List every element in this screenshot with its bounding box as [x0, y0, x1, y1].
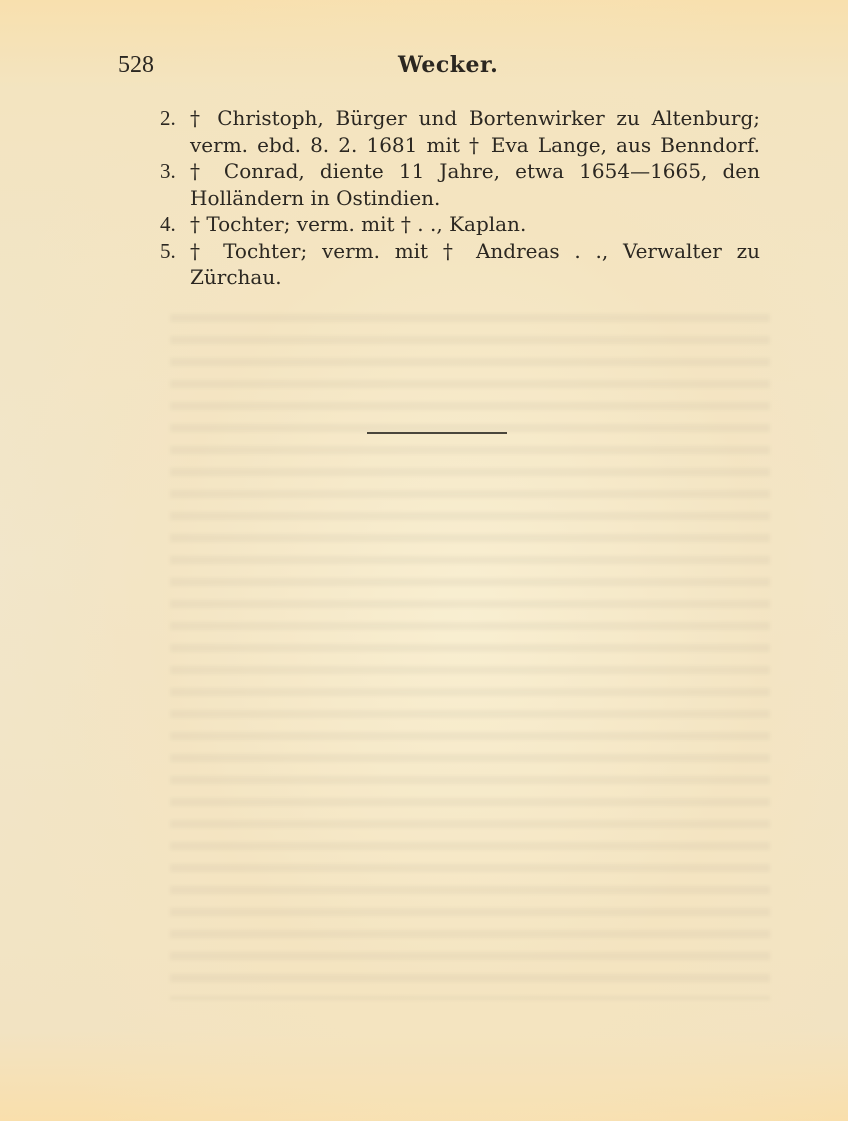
- list-item: 2. † Christoph, Bürger und Bortenwirker …: [160, 105, 760, 158]
- entry-line: Zürchau.: [190, 264, 760, 291]
- entry-line: † Conrad, diente 11 Jahre, etwa 1654—166…: [190, 158, 760, 185]
- entry-number: 2.: [160, 105, 190, 158]
- entry-number: 5.: [160, 238, 190, 291]
- page-number: 528: [118, 52, 154, 79]
- book-page: 528 Wecker. 2. † Christoph, Bürger und B…: [0, 0, 848, 1121]
- entry-line: † Tochter; verm. mit † Andreas . ., Verw…: [190, 238, 760, 265]
- entry-line: verm. ebd. 8. 2. 1681 mit † Eva Lange, a…: [190, 132, 760, 159]
- entry-number: 4.: [160, 211, 190, 238]
- entry-list: 2. † Christoph, Bürger und Bortenwirker …: [160, 105, 760, 291]
- page-header: 528 Wecker.: [118, 52, 763, 82]
- section-divider: [367, 432, 507, 434]
- bleed-through-text: [170, 300, 770, 1000]
- list-item: 5. † Tochter; verm. mit † Andreas . ., V…: [160, 238, 760, 291]
- running-title: Wecker.: [398, 52, 498, 78]
- list-item: 4. † Tochter; verm. mit † . ., Kaplan.: [160, 211, 760, 238]
- entry-number: 3.: [160, 158, 190, 211]
- entry-line: † Tochter; verm. mit † . ., Kaplan.: [190, 211, 760, 238]
- entry-line: Holländern in Ostindien.: [190, 185, 760, 212]
- list-item: 3. † Conrad, diente 11 Jahre, etwa 1654—…: [160, 158, 760, 211]
- entry-line: † Christoph, Bürger und Bortenwirker zu …: [190, 105, 760, 132]
